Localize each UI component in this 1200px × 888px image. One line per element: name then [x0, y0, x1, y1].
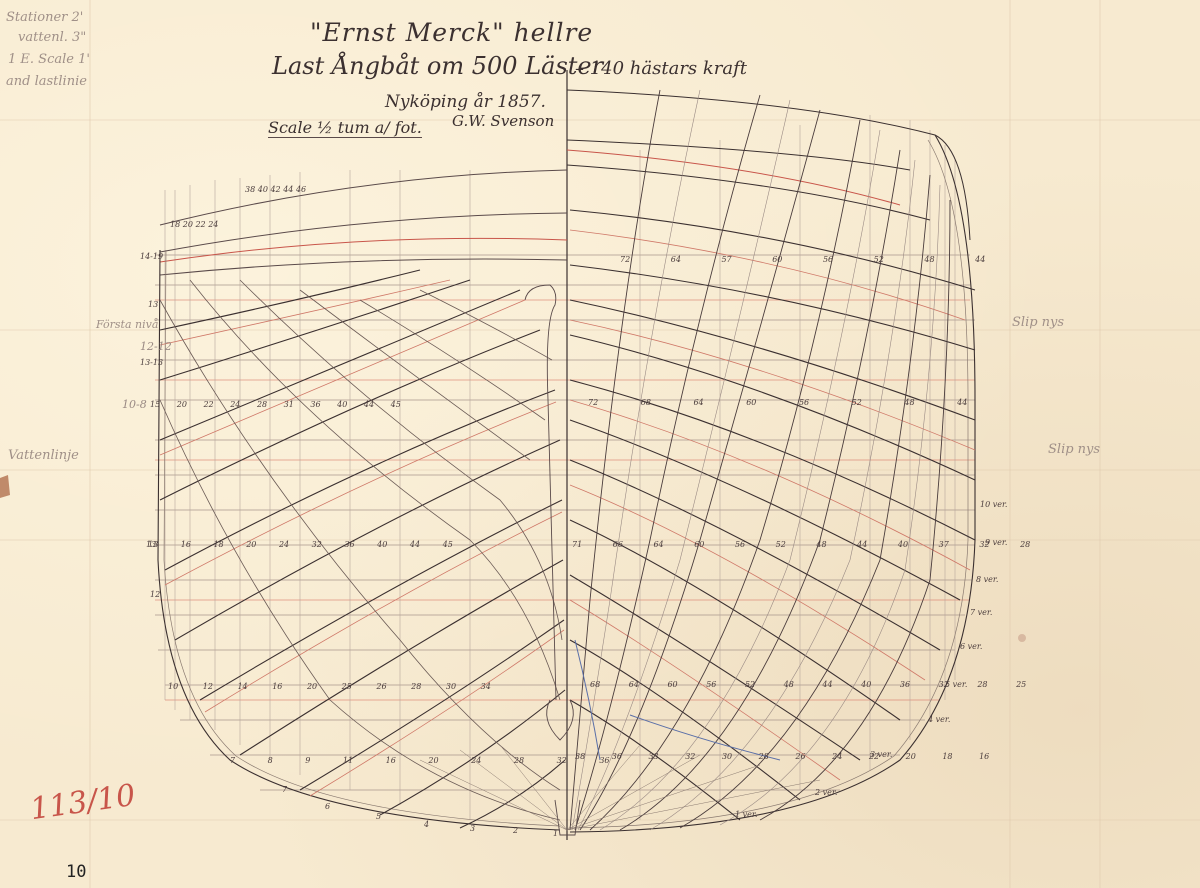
- archive-stamp-number: 10: [66, 862, 86, 882]
- keel-detail: [525, 285, 580, 835]
- wl-label-8: 8 ver.: [976, 575, 998, 584]
- offset-row-4-left: 10 12 14 16 20 25 26 28 30 34: [168, 682, 491, 691]
- vessel-description: Last Ångbåt om 500 Läster: [272, 52, 603, 80]
- wl-left-label: 13-13: [140, 358, 163, 367]
- station-6: 6: [325, 802, 330, 811]
- offset-row-sheer-left: 18 20 22 24: [170, 220, 218, 229]
- left-sheer: [160, 170, 567, 275]
- offset-row-sheer-left-2: 38 40 42 44 46: [245, 185, 306, 194]
- wl-label-2: 2 ver.: [815, 788, 837, 797]
- right-diagonals: [570, 210, 975, 820]
- right-sheer: [567, 90, 970, 240]
- wl-left-label: 12-12: [140, 340, 172, 353]
- offset-row-4-right: 68 64 60 56 52 48 44 40 36 32 28 25: [590, 680, 1026, 689]
- margin-note-2: vattenl. 3": [18, 30, 86, 45]
- offset-row-1-right: 72 64 57 60 56 52 48 44: [620, 255, 985, 264]
- wl-label-7: 7 ver.: [970, 608, 992, 617]
- wl-label-6: 6 ver.: [960, 642, 982, 651]
- margin-note-right-mid: Slip nys: [1048, 442, 1100, 457]
- margin-note-1: Stationer 2': [6, 10, 83, 25]
- author-signature: G.W. Svenson: [452, 112, 554, 130]
- station-4: 4: [424, 820, 429, 829]
- margin-note-right-upper: Slip nys: [1012, 315, 1064, 330]
- left-diagonals: [160, 270, 565, 828]
- station-1: 1: [553, 829, 558, 838]
- wl-left-label: 12: [150, 590, 160, 599]
- wl-left-label: 13: [148, 300, 158, 309]
- wl-label-1: 1 ver.: [735, 810, 757, 819]
- engine-power: – 140 hästars kraft: [575, 58, 747, 79]
- wl-left-label: 14-19: [140, 252, 163, 261]
- station-3: 3: [470, 824, 475, 833]
- station-7: 7: [282, 785, 287, 794]
- scale-note: Scale ½ tum a/ fot.: [268, 118, 422, 138]
- place-year: Nyköping år 1857.: [385, 92, 546, 112]
- ship-name-title: "Ernst Merck" hellre: [310, 18, 593, 47]
- wl-left-label: 10-8: [122, 398, 147, 411]
- margin-note-4: and lastlinie: [6, 74, 87, 89]
- offset-row-2-left: 15 20 22 24 28 31 36 40 44 45: [150, 400, 401, 409]
- waterlines: [155, 255, 975, 790]
- station-2: 2: [513, 826, 518, 835]
- drawing-sheet: "Ernst Merck" hellre Last Ångbåt om 500 …: [0, 0, 1200, 888]
- wl-label-4: 4 ver.: [928, 715, 950, 724]
- margin-note-3: 1 E. Scale 1': [8, 52, 90, 67]
- margin-note-left-upper: Första nivå: [96, 318, 158, 331]
- offset-row-2-right: 72 68 64 60 56 52 48 44: [588, 398, 967, 407]
- wl-label-10: 10 ver.: [980, 500, 1007, 509]
- margin-note-waterline: Vattenlinje: [8, 448, 79, 463]
- offset-row-3-left: 13 16 18 20 24 32 36 40 44 45: [148, 540, 453, 549]
- left-diagonals-red: [160, 280, 564, 796]
- offset-row-5-left: 7 8 9 11 16 20 24 28 32 36: [230, 756, 610, 765]
- station-5: 5: [376, 812, 381, 821]
- offset-row-5-right: 38 36 33 32 30 28 26 24 22 20 18 16: [575, 752, 989, 761]
- offset-row-3-right: 71 66 64 60 56 52 48 44 40 37 32 28: [572, 540, 1030, 549]
